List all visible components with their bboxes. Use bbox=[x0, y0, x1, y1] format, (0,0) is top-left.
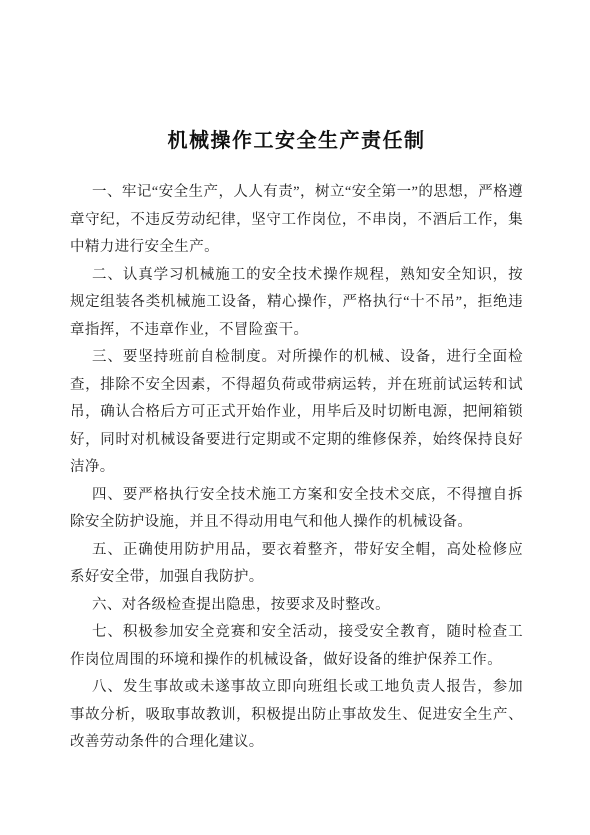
document-paragraph: 五、正确使用防护用品，要衣着整齐，带好安全帽，高处检修应系好安全带，加强自我防护… bbox=[70, 537, 523, 592]
document-paragraph: 六、对各级检查提出隐患，按要求及时整改。 bbox=[70, 592, 523, 620]
document-paragraph: 七、积极参加安全竞赛和安全活动，接受安全教育，随时检查工作岗位周围的环境和操作的… bbox=[70, 619, 523, 674]
document-paragraph: 三、要坚持班前自检制度。对所操作的机械、设备，进行全面检查，排除不安全因素，不得… bbox=[70, 344, 523, 482]
document-paragraph: 八、发生事故或未遂事故立即向班组长或工地负责人报告，参加事故分析，吸取事故教训，… bbox=[70, 674, 523, 757]
document-paragraph: 四、要严格执行安全技术施工方案和安全技术交底，不得擅自拆除安全防护设施，并且不得… bbox=[70, 482, 523, 537]
document-page: 机械操作工安全生产责任制 一、牢记“安全生产，人人有责”，树立“安全第一”的思想… bbox=[0, 0, 590, 835]
document-paragraph: 二、认真学习机械施工的安全技术操作规程，熟知安全知识，按规定组装各类机械施工设备… bbox=[70, 262, 523, 345]
document-title: 机械操作工安全生产责任制 bbox=[70, 124, 523, 153]
document-body: 一、牢记“安全生产，人人有责”，树立“安全第一”的思想，严格遵章守纪，不违反劳动… bbox=[70, 179, 523, 757]
document-paragraph: 一、牢记“安全生产，人人有责”，树立“安全第一”的思想，严格遵章守纪，不违反劳动… bbox=[70, 179, 523, 262]
